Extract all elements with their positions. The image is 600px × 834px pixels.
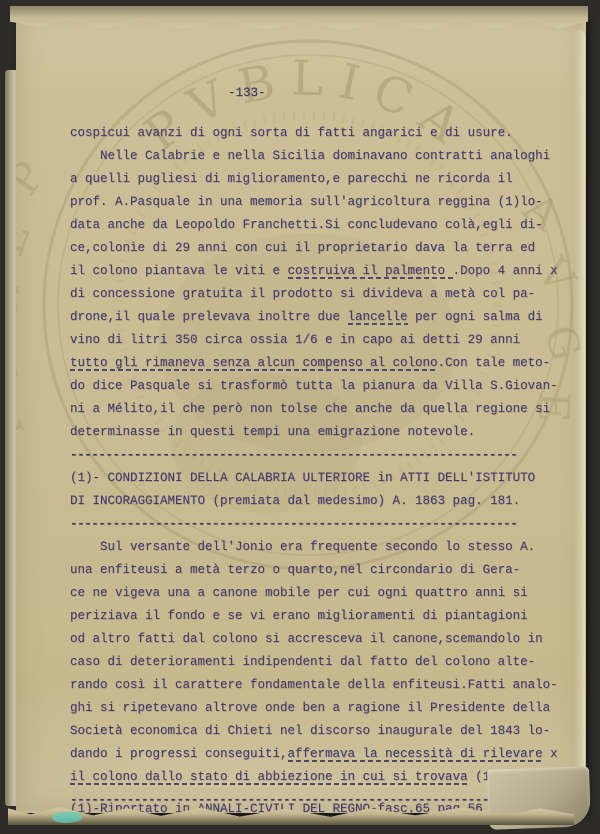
typed-line: il colono piantava le viti e costruiva i…: [70, 260, 570, 283]
typed-line: od altro fatti dal colono si accresceva …: [70, 628, 570, 651]
page-number: -133-: [228, 86, 266, 100]
typed-line: data anche da Leopoldo Franchetti.Si con…: [70, 214, 570, 237]
typed-line: una enfiteusi a metà terzo o quarto,nel …: [70, 559, 570, 582]
typed-line: di concessione gratuita il prodotto si d…: [70, 283, 570, 306]
typed-line: ce ne vigeva una a canone mobile per cui…: [70, 582, 570, 605]
typed-line: Società economica di Chieti nel discorso…: [70, 720, 570, 743]
page-right-edge-highlight: [574, 30, 585, 786]
dashed-underline: [70, 783, 468, 785]
typed-line: ghi si ripetevano altrove onde ben a rag…: [70, 697, 570, 720]
typed-line: caso di deterioramenti indipendenti dal …: [70, 651, 570, 674]
typed-line: Nelle Calabrie e nella Sicilia dominavan…: [70, 145, 570, 168]
dashed-underline: [348, 323, 408, 325]
dashed-separator: ----------------------------------------…: [70, 444, 570, 467]
typed-line: cospicui avanzi di ogni sorta di fatti a…: [70, 122, 570, 145]
typed-line: ce,colonìe di 29 anni con cui il proprie…: [70, 237, 570, 260]
typed-line: do dice Pasquale si trasformò tutta la p…: [70, 375, 570, 398]
typed-line: rando così il carattere fondamentale del…: [70, 674, 570, 697]
typed-text-block: cospicui avanzi di ogni sorta di fatti a…: [70, 122, 570, 821]
typed-line: periziava il fondo e se vi erano miglior…: [70, 605, 570, 628]
typed-line: tutto gli rimaneva senza alcun compenso …: [70, 352, 570, 375]
typed-line: ni a Mélito,il che però non tolse che an…: [70, 398, 570, 421]
typed-line: a quelli pugliesi di miglioramento,e par…: [70, 168, 570, 191]
dashed-underline: [288, 277, 453, 279]
dashed-separator: ----------------------------------------…: [70, 513, 570, 536]
typed-line: determinasse in questi tempi una emigraz…: [70, 421, 570, 444]
typed-line: DI INCORAGGIAMENTO (premiata dal medesim…: [70, 490, 570, 513]
typed-line: drone,il quale prelevava inoltre due lan…: [70, 306, 570, 329]
typed-line: prof. A.Pasquale in una memoria sull'agr…: [70, 191, 570, 214]
typed-line: dando i progressi conseguiti,affermava l…: [70, 743, 570, 766]
dashed-underline: [70, 369, 438, 371]
photo-backdrop: PVBLICA P E R I T A V G E -133- cospicui…: [0, 0, 600, 834]
dashed-underline: [288, 760, 543, 762]
typed-line: vino di litri 350 circa ossia 1/6 e in c…: [70, 329, 570, 352]
typed-line: (1)- CONDIZIONI DELLA CALABRIA ULTERIORE…: [70, 467, 570, 490]
typed-line: Sul versante dell'Jonio era frequente se…: [70, 536, 570, 559]
